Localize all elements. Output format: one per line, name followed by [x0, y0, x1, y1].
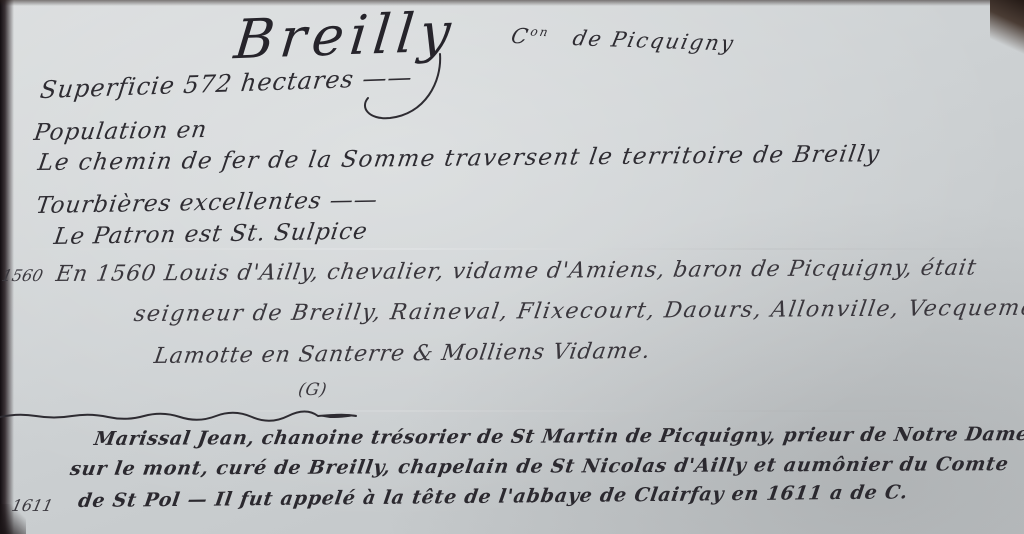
dark-corner-top-right — [990, 0, 1024, 60]
manuscript-page: Breilly Con de Picquigny Superficie 572 … — [0, 0, 1024, 534]
canton-rest: de Picquigny — [571, 26, 738, 55]
fact-tourbieres: Tourbières excellentes —— — [34, 187, 379, 219]
divider-line — [0, 408, 362, 424]
fact-population: Population en — [32, 117, 209, 146]
fact-patron: Le Patron est St. Sulpice — [52, 219, 369, 251]
canton-label: Con de Picquigny — [509, 24, 737, 56]
canton-abbr-sup: on — [529, 25, 551, 40]
fact-chemin-de-fer: Le chemin de fer de la Somme traversent … — [36, 141, 882, 176]
entry-1611-line1: Marissal Jean, chanoine trésorier de St … — [93, 423, 1024, 450]
entry-1560-line3: Lamotte en Santerre & Molliens Vidame. — [152, 339, 652, 369]
entry-1611-line3: de St Pol — Il fut appelé à la tête de l… — [77, 481, 910, 512]
entry-1560-line1: En 1560 Louis d'Ailly, chevalier, vidame… — [54, 256, 978, 287]
entry-1560-line2: seigneur de Breilly, Raineval, Flixecour… — [132, 296, 1024, 328]
margin-year-1611: 1611 — [10, 496, 55, 515]
reference-mark: (G) — [297, 380, 329, 400]
margin-year-1560: 1560 — [0, 266, 45, 285]
page-edge-top — [0, 0, 1024, 6]
entry-1611-line2: sur le mont, curé de Breilly, chapelain … — [69, 453, 1011, 480]
